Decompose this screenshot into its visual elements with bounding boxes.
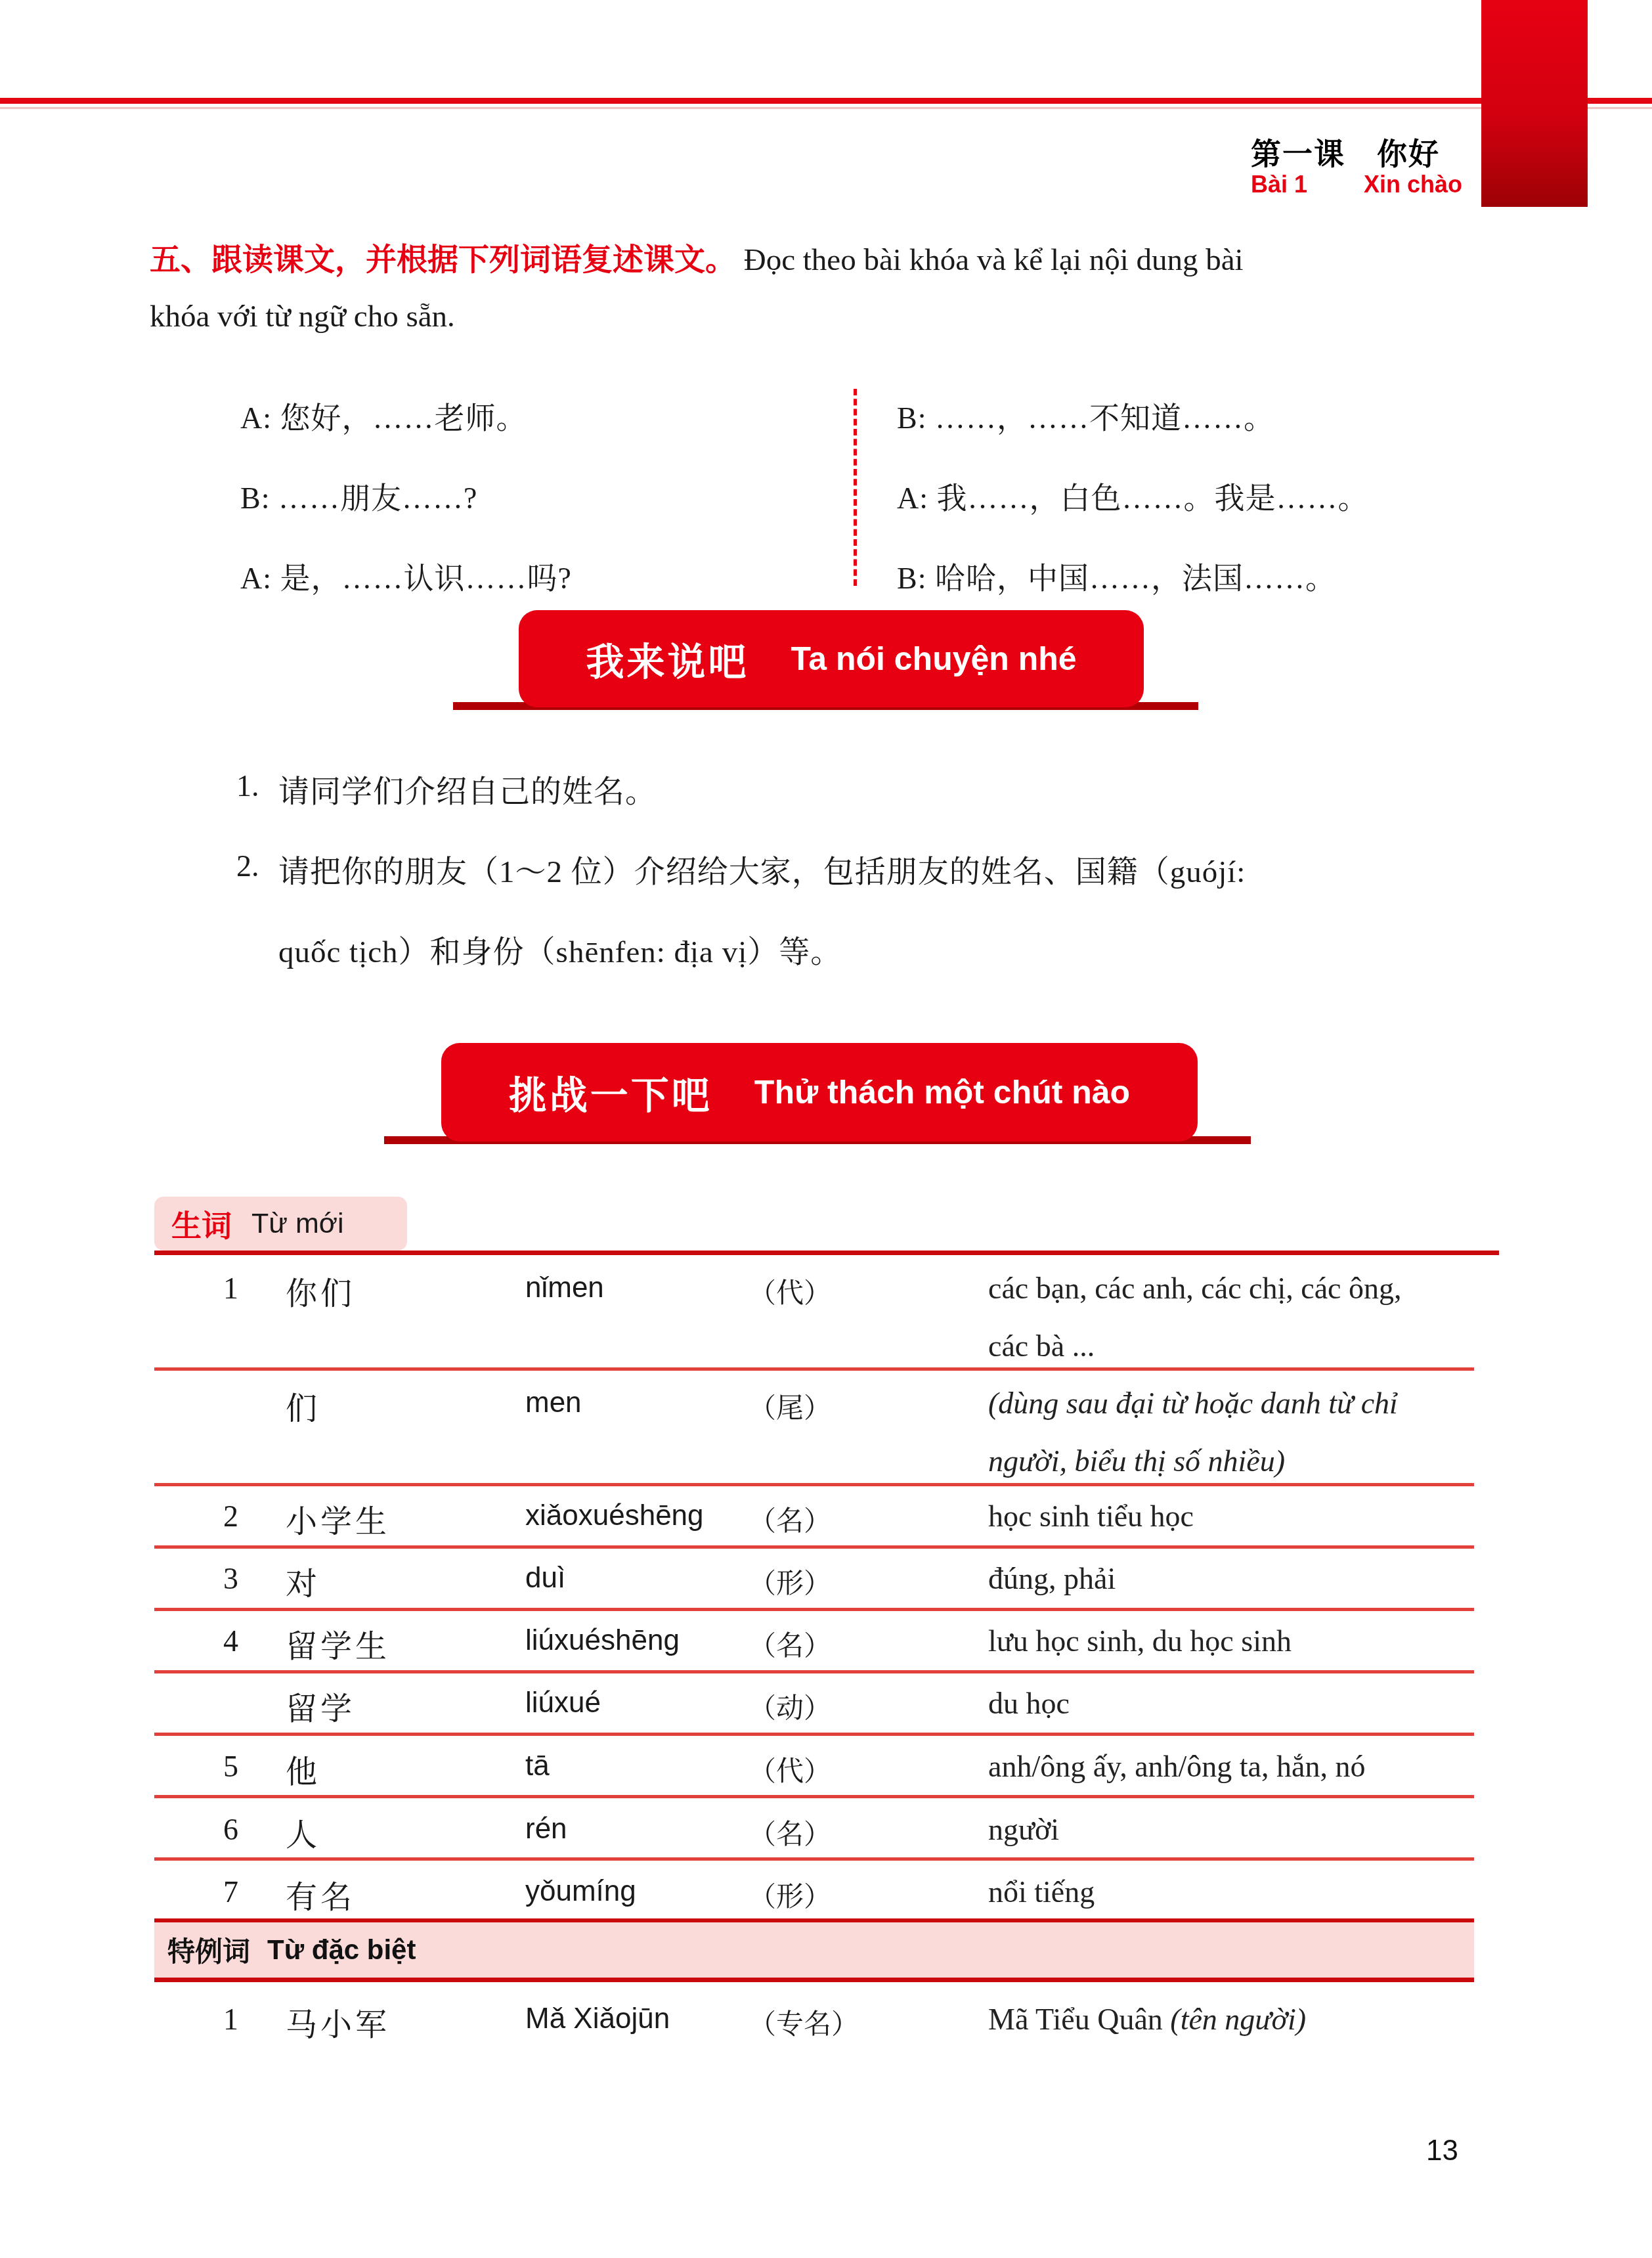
section-title-vi-line2: khóa với từ ngữ cho sẵn. [150, 299, 455, 334]
meaning-cell: đúng, phải [988, 1561, 1116, 1596]
page-number: 13 [1426, 2135, 1458, 2167]
row-separator [154, 1608, 1474, 1611]
speak-banner: 我来说吧 Ta nói chuyện nhé [519, 610, 1144, 707]
vocab-band-underline [154, 1251, 1499, 1255]
hanzi-cell: 人 [286, 1809, 320, 1855]
pos-cell: （代） [749, 1272, 831, 1311]
meaning-cell-line2: người, biểu thị số nhiều) [988, 1444, 1285, 1478]
meaning-cell: du học [988, 1686, 1070, 1721]
section-title: 五、跟读课文，并根据下列词语复述课文。 Đọc theo bài khóa và… [150, 235, 1244, 279]
pinyin-cell: duì [525, 1562, 565, 1595]
pinyin-cell: men [525, 1386, 582, 1419]
meaning-cell: anh/ông ấy, anh/ông ta, hắn, nó [988, 1749, 1365, 1784]
row-number: 2 [223, 1499, 238, 1534]
pos-cell: （名） [749, 1813, 831, 1852]
pos-cell: （尾） [749, 1386, 831, 1426]
dialogue-line-left-3: A: 是，……认识……吗? [240, 554, 572, 598]
row-separator [154, 1367, 1474, 1371]
task-2-number: 2. [236, 849, 259, 883]
dialogue-line-left-1: A: 您好，……老师。 [240, 394, 527, 437]
pinyin-cell: nǐmen [525, 1272, 604, 1304]
row-separator [154, 1670, 1474, 1673]
hanzi-cell: 留学 [286, 1683, 355, 1729]
vocab-band: 生词 Từ mới [154, 1197, 407, 1251]
row-number: 7 [223, 1874, 238, 1909]
hanzi-cell: 留学生 [286, 1621, 390, 1666]
pinyin-cell: liúxuéshēng [525, 1624, 680, 1657]
vocab-band-label-vi: Từ mới [251, 1208, 344, 1240]
speak-banner-title-zh: 我来说吧 [586, 631, 749, 686]
pos-cell: （代） [749, 1750, 831, 1789]
pos-cell: （动） [749, 1687, 831, 1726]
dialogue-line-right-1: B: ……，……不知道……。 [897, 394, 1274, 437]
meaning-cell-line2: các bà ... [988, 1329, 1095, 1363]
row-number: 3 [223, 1561, 238, 1596]
row-separator [154, 1545, 1474, 1549]
section-title-zh: 五、跟读课文，并根据下列词语复述课文。 [150, 243, 736, 277]
top-rule-thin [0, 107, 1652, 109]
pos-cell: （形） [749, 1562, 831, 1601]
pinyin-cell: yǒumíng [525, 1875, 636, 1908]
meaning-cell: lưu học sinh, du học sinh [988, 1624, 1292, 1658]
special-band-underline [154, 1978, 1474, 1982]
dialogue-line-right-2: A: 我……，白色……。我是……。 [897, 474, 1369, 518]
hanzi-cell: 们 [286, 1383, 320, 1428]
task-1-text: 请同学们介绍自己的姓名。 [278, 767, 657, 811]
pinyin-cell: rén [525, 1813, 567, 1846]
meaning-cell: (dùng sau đại từ hoặc danh từ chỉ [988, 1386, 1398, 1421]
lesson-title-zh: 第一课 你好 [1251, 130, 1440, 173]
pos-cell: （形） [749, 1875, 831, 1915]
row-separator [154, 1733, 1474, 1736]
row-number: 4 [223, 1624, 238, 1658]
meaning-cell: học sinh tiểu học [988, 1499, 1194, 1534]
header-red-tab [1481, 0, 1588, 207]
pinyin-cell: Mǎ Xiǎojūn [525, 2003, 670, 2035]
section-title-vi-line1: Đọc theo bài khóa và kể lại nội dung bài [744, 243, 1244, 277]
task-2-text-line1: 请把你的朋友（1～2 位）介绍给大家，包括朋友的姓名、国籍（guójí: [278, 847, 1246, 891]
meaning-cell: các bạn, các anh, các chị, các ông, [988, 1271, 1402, 1306]
lesson-title-vi: Xin chào [1364, 171, 1462, 198]
textbook-page: 第一课 你好 Bài 1 Xin chào 五、跟读课文，并根据下列词语复述课文… [0, 0, 1652, 2258]
meaning-cell: người [988, 1812, 1059, 1847]
hanzi-cell: 马小军 [286, 1999, 390, 2045]
top-rule [0, 98, 1652, 104]
challenge-banner-title-vi: Thử thách một chút nào [754, 1073, 1130, 1111]
row-number: 1 [223, 2002, 238, 2037]
hanzi-cell: 他 [286, 1746, 320, 1792]
dialogue-divider [854, 389, 857, 586]
row-separator [154, 1795, 1474, 1798]
pos-cell: （名） [749, 1499, 831, 1539]
pos-cell: （专名） [749, 2003, 859, 2042]
hanzi-cell: 有名 [286, 1872, 355, 1917]
pos-cell: （名） [749, 1624, 831, 1664]
pinyin-cell: xiǎoxuéshēng [525, 1499, 704, 1532]
vocab-band-label-zh: 生词 [171, 1202, 232, 1245]
special-band: 特例词 Từ đặc biệt [154, 1922, 1474, 1978]
task-2-text-line2: quốc tịch）和身份（shēnfen: địa vị）等。 [278, 927, 842, 971]
hanzi-cell: 小学生 [286, 1496, 390, 1541]
dialogue-line-left-2: B: ……朋友……? [240, 474, 477, 518]
challenge-banner-title-zh: 挑战一下吧 [509, 1065, 712, 1120]
row-separator [154, 1857, 1474, 1861]
special-band-label-vi: Từ đặc biệt [267, 1934, 416, 1966]
dialogue-line-right-3: B: 哈哈，中国……，法国……。 [897, 554, 1336, 598]
meaning-text-italic: (tên người) [1170, 2003, 1306, 2036]
meaning-cell: nổi tiếng [988, 1874, 1095, 1909]
challenge-banner: 挑战一下吧 Thử thách một chút nào [441, 1043, 1198, 1141]
row-separator [154, 1483, 1474, 1486]
row-number: 6 [223, 1812, 238, 1847]
special-band-label-zh: 特例词 [167, 1930, 250, 1970]
row-number: 5 [223, 1749, 238, 1784]
row-number: 1 [223, 1271, 238, 1306]
pinyin-cell: tā [525, 1750, 550, 1782]
meaning-cell: Mã Tiểu Quân (tên người) [988, 2002, 1306, 2037]
hanzi-cell: 你们 [286, 1268, 355, 1314]
lesson-number-vi: Bài 1 [1251, 171, 1307, 198]
task-1-number: 1. [236, 768, 259, 803]
meaning-text: Mã Tiểu Quân [988, 2003, 1170, 2036]
speak-banner-title-vi: Ta nói chuyện nhé [791, 640, 1076, 678]
hanzi-cell: 对 [286, 1559, 320, 1604]
pinyin-cell: liúxué [525, 1687, 601, 1719]
